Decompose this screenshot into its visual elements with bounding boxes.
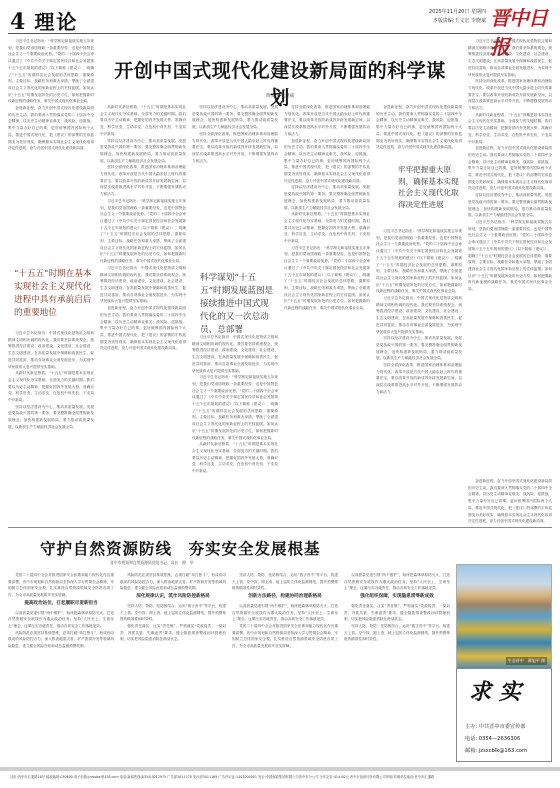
pull-quote-3: 牢牢把握重大原则，确保基本实现社会主义现代化取得决定性进展: [398, 164, 460, 210]
box-host: 主办: 中共晋中市委宣传部: [465, 723, 525, 730]
photo-caption: 生态晋中 冀旭平 摄: [506, 657, 547, 665]
footer-rule: [0, 767, 560, 771]
footer-info: 社址:晋中市汇通路16号 邮政编码:030600 电子信箱:jzrbsbw@12…: [10, 774, 555, 779]
issue-info: 2025年11月20日 星期四 本版责编:王文宏 李晓斌: [410, 8, 486, 26]
subhead-2: 深化规律认识，筑牢风险防控新格局: [120, 594, 226, 601]
qiushi-logo: 求实: [469, 675, 529, 706]
subhead-1: 提高政治站位，扛起履职尽责新担当: [8, 601, 114, 608]
main-article-byline: 黄茂兴 张建威: [200, 93, 360, 99]
pull-quote-1: “十五五”时期在基本实现社会主义现代化进程中具有承前启后的重要地位: [14, 268, 94, 320]
header-rule: [8, 33, 552, 34]
article-column-3: 坚持以经济建设为中心，推动高质量发展。发展是党执政兴国的第一要务。要完整准确全面…: [192, 104, 278, 270]
article-column-1: 习近平总书记指出：“科学制定和接续实施五年规划，是我们党治国理政一条重要经验，也…: [8, 38, 94, 244]
article-column-5b: 习近平总书记指出：“科学制定和接续实施五年规划，是我们党治国理政一条重要经验，也…: [376, 228, 462, 524]
article-column-5: 奋进新征程，奋力开创中国式现代化建设新局面的历史主动。我们要深入贯彻落实党的二十…: [376, 104, 462, 168]
article-column-1b: 习近平总书记指出：中国式现代化是物质文明和精神文明相协调的现代化。我们要坚持系统…: [8, 330, 94, 524]
subhead-3: 创新方法路径，构建协同治理新格局: [232, 594, 338, 601]
subhead-4: 强化组织保障，实现隐患清零新成效: [344, 594, 450, 601]
bottom-column-3: 坚持人防、物防、技防相结合，运用“数字晋中”等平台，构建天上看、空中探、网上查、…: [232, 572, 338, 764]
bottom-article-byline: 晋中市规划和自然资源局党组书记、局长 路 华: [110, 560, 194, 566]
bottom-article-title: 守护自然资源防线 夯实安全发展根基: [40, 537, 300, 559]
article-column-3b: 习近平总书记指出：中国式现代化是物质文明和精神文明相协调的现代化。我们要坚持系统…: [192, 334, 278, 524]
box-phone: 电话: 0354—2636306: [465, 735, 520, 742]
bottom-column-2: 风险防范必须坚持系统思维，必须打破“单打独斗”，形成协同联动的风险防控合力。深入…: [120, 572, 226, 764]
bottom-column-1: 党的二十届四中全会对推进国家安全体系和能力现代化作出重要部署。晋中市规划和自然资…: [8, 572, 114, 764]
main-article-title: 开创中国式现代化建设新局面的科学谋划: [110, 56, 450, 110]
section-name: 理论: [34, 10, 78, 34]
landscape-photo: 生态晋中 冀旭平 摄: [456, 564, 552, 670]
article-column-4: 坚持全面深化改革，推进国家治理体系和治理能力现代化。改革开放是当代中国大踏步赶上…: [284, 104, 370, 524]
bottom-column-4: 以高质量党建引领“两个维护”，始终把森林草原防灭火、打造自然资源安全底线作为重大…: [344, 572, 450, 764]
page-number: 4理论: [10, 6, 78, 35]
article-column-2: 从新时代新征程看，“十五五”时期是基本实现社会主义现代化夯实基础、全面发力的关键…: [100, 104, 186, 524]
page-editor: 本版责编:王文宏 李晓斌: [410, 17, 486, 26]
section-divider: [8, 527, 552, 528]
article-column-6b: 奋进新征程，奋力开创中国式现代化建设新局面的历史主动。我们要深入贯彻落实党的二十…: [468, 478, 552, 524]
pull-quote-2: 科学谋划“十五五”时期发展蓝图是接续推进中国式现代化的又一次总动员、总部署: [200, 272, 276, 337]
issue-date: 2025年11月20日 星期四: [410, 8, 486, 17]
article-column-6: 习近平总书记指出：中国式现代化是物质文明和精神文明相协调的现代化。我们要坚持系统…: [468, 38, 552, 478]
qiushi-column-box: 求实 主办: 中共晋中市委宣传部 电话: 0354—2636306 邮箱: jz…: [456, 668, 552, 762]
box-email: 邮箱: jzsxcblk@163.com: [465, 747, 527, 754]
